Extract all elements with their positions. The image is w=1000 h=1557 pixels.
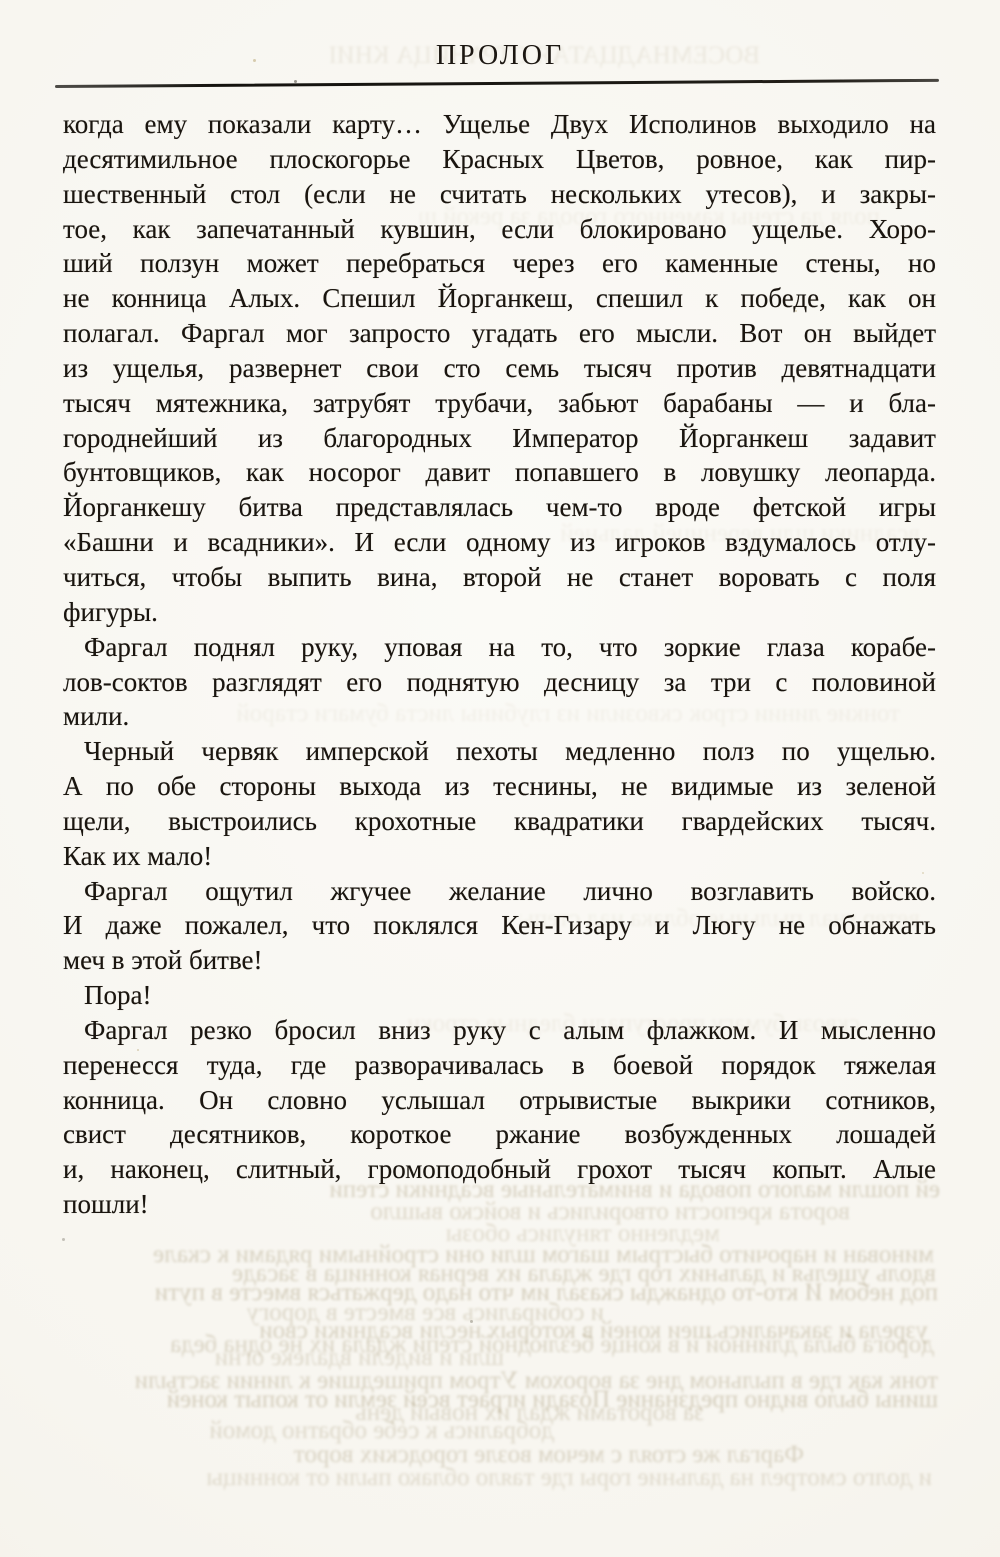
text-line: мили. xyxy=(63,699,936,734)
paper-speck xyxy=(470,1320,473,1323)
show-through-line: Фаргал же стоял с мечом возле городских … xyxy=(64,1441,804,1469)
text-line: «Башни и всадники». И если одному из игр… xyxy=(63,525,936,560)
text-line: Йорганкешу битва представлялась чем-то в… xyxy=(63,490,936,525)
show-through-line: под небом И кто-то однажды сказал им что… xyxy=(64,1279,938,1307)
text-line: свист десятников, короткое ржание возбуж… xyxy=(63,1117,936,1152)
text-line: бунтовщиков, как носорог давит попавшего… xyxy=(63,455,936,490)
text-line: щели, выстроились крохотные квадратики г… xyxy=(63,804,936,839)
show-through-line: дорога была длинной и в конце безлюдной … xyxy=(78,1331,934,1359)
text-line: городнейший из благородных Император Йор… xyxy=(63,421,936,456)
text-line: ший ползун может перебраться через его к… xyxy=(63,246,936,281)
text-line: шественный стол (если не считать несколь… xyxy=(63,177,936,212)
show-through-line: и собирались все вместе в дорогу xyxy=(64,1299,604,1327)
text-line: тысяч мятежника, затрубят трубачи, забью… xyxy=(63,386,936,421)
show-through-line: за воротами ждал их новый день xyxy=(64,1399,704,1427)
show-through-line: узрела и закачались шеи коней в которых … xyxy=(128,1317,928,1345)
text-line: меч в этой битве! xyxy=(63,943,936,978)
show-through-line: и долго смотрел на дальние горы где таял… xyxy=(64,1464,932,1492)
text-line: полагал. Фаргал мог запросто угадать его… xyxy=(63,316,936,351)
text-line: Фаргал поднял руку, уповая на то, что зо… xyxy=(63,630,936,665)
text-line: Как их мало! xyxy=(63,839,936,874)
chapter-header: ПРОЛОГ xyxy=(0,40,1000,72)
text-line: Пора! xyxy=(63,978,936,1013)
text-line: пошли! xyxy=(63,1187,936,1222)
text-line: перенесся туда, где разворачивалась в бо… xyxy=(63,1048,936,1083)
body-text: когда ему показали карту… Ущелье Двух Ис… xyxy=(63,107,936,1222)
text-line: фигуры. xyxy=(63,595,936,630)
show-through-line: минован и нарочито быстрым шагом шли они… xyxy=(64,1241,934,1269)
paper-speck xyxy=(62,1238,65,1241)
text-line: Фаргал ощутил жгучее желание лично возгл… xyxy=(63,874,936,909)
text-line: из ущелья, развернет свои сто семь тысяч… xyxy=(63,351,936,386)
text-line: тое, как запечатанный кувшин, если блоки… xyxy=(63,212,936,247)
text-line: и, наконец, слитный, громоподобный грохо… xyxy=(63,1152,936,1187)
show-through-line: вдоль ущелья и дальних гор где ждала их … xyxy=(64,1260,936,1288)
show-through-line: добрались к себе обратно домой xyxy=(64,1417,554,1445)
text-line: Фаргал резко бросил вниз руку с алым фла… xyxy=(63,1013,936,1048)
text-line: Черный червяк имперской пехоты медленно … xyxy=(63,734,936,769)
show-through-line: медленно тянулись обозы xyxy=(290,1220,720,1248)
show-through-line: шины было видно предзнание Позади играет… xyxy=(60,1386,938,1414)
text-line: И даже пожалел, что поклялся Кен-Гизару … xyxy=(63,908,936,943)
text-line: десятимильное плоскогорье Красных Цветов… xyxy=(63,142,936,177)
text-line: лов-соктов разглядят его поднятую десниц… xyxy=(63,665,936,700)
show-through-line: шли и видели вдалеке огни xyxy=(74,1344,504,1372)
text-line: не конница Алых. Спешил Йорганкеш, спеши… xyxy=(63,281,936,316)
show-through-line: тонк как где в пыльном дне за ворохом Ут… xyxy=(64,1367,938,1395)
text-line: читься, чтобы выпить вина, второй не ста… xyxy=(63,560,936,595)
book-page: ВОСЕМНАДЦАТАЯ СТРАНИЦА КНИГИполя да стен… xyxy=(0,0,1000,1557)
text-line: когда ему показали карту… Ущелье Двух Ис… xyxy=(63,107,936,142)
text-line: конница. Он словно услышал отрывистые вы… xyxy=(63,1083,936,1118)
text-line: А по обе стороны выхода из теснины, не в… xyxy=(63,769,936,804)
